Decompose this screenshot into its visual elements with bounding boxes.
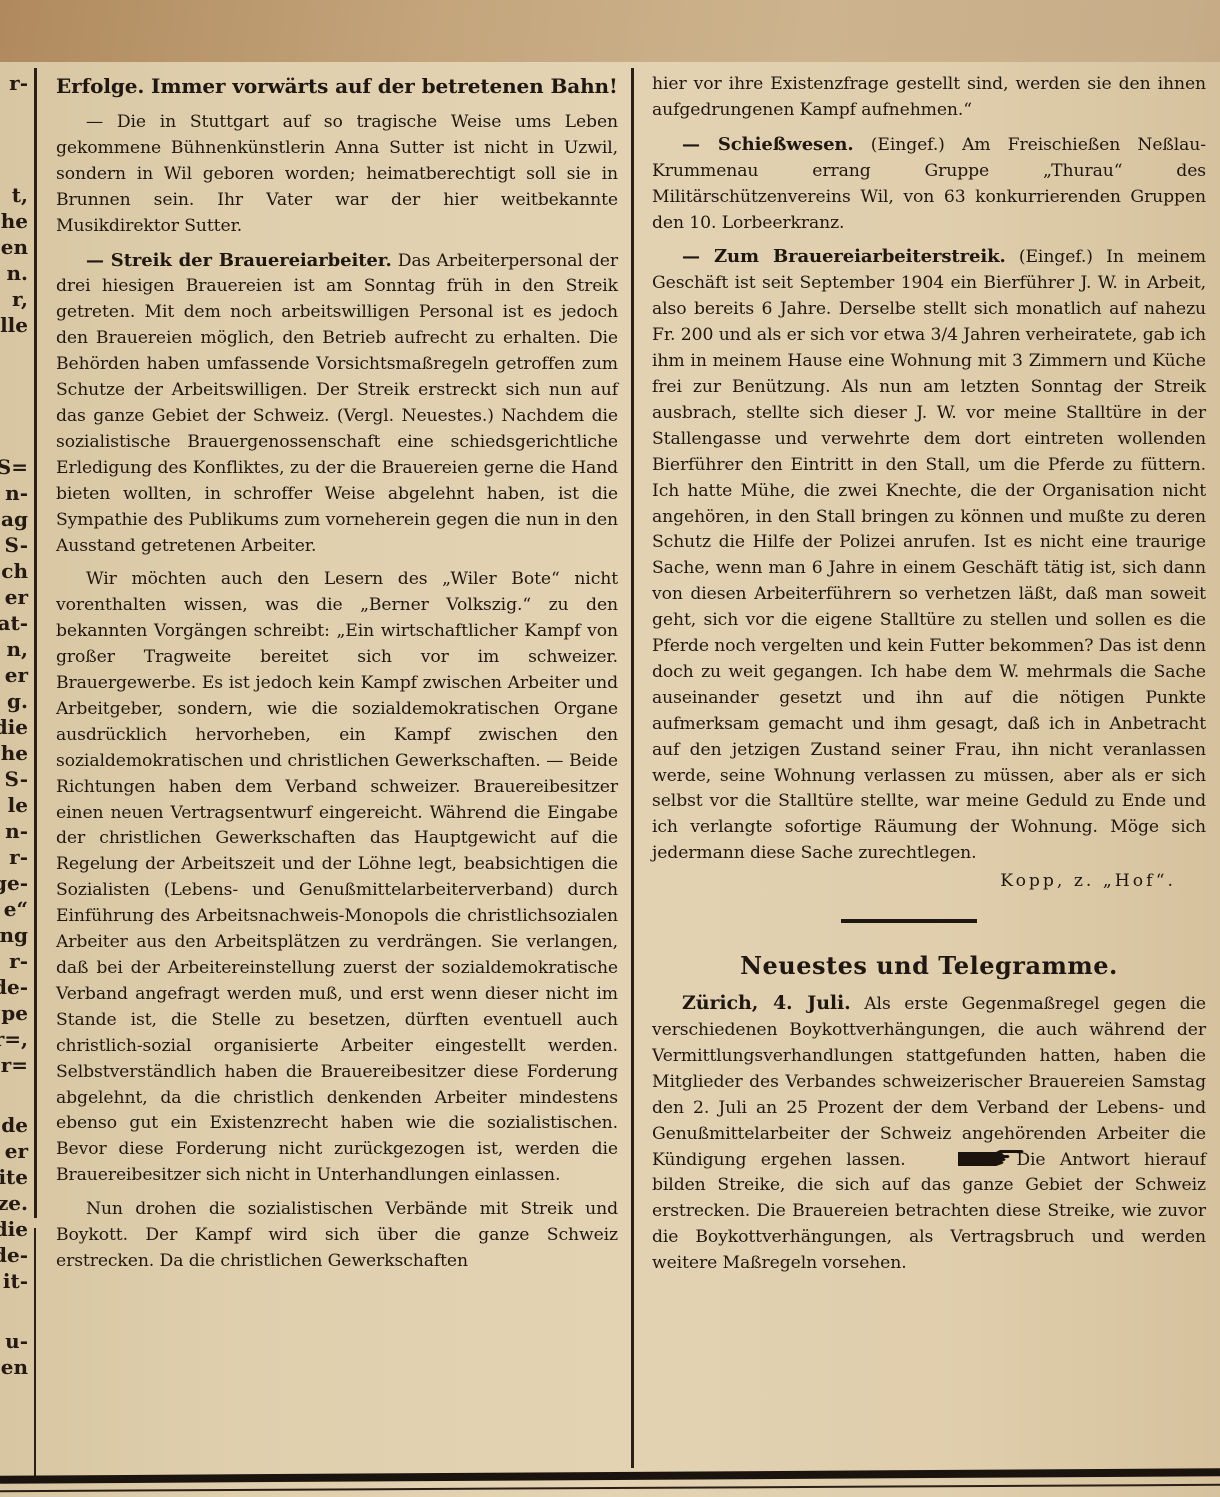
column-rule-left-lower — [34, 1228, 36, 1478]
cropped-text-fragment: de — [1, 1114, 28, 1136]
cropped-text-fragment: er — [5, 1140, 28, 1162]
cropped-text-fragment: g. — [7, 690, 28, 712]
lead-in-text: Erfolge. Immer vorwärts auf der betreten… — [56, 72, 618, 100]
article-body: Nun drohen die sozialistischen Verbände … — [56, 1199, 618, 1271]
continuation-text: hier vor ihre Existenzfrage gestellt sin… — [652, 72, 1206, 124]
telegram-zurich: Zürich, 4. Juli. Als erste Gegenmaßregel… — [652, 991, 1206, 1277]
cropped-text-fragment: en — [1, 1356, 28, 1378]
cropped-text-fragment: S- — [5, 534, 28, 556]
cropped-text-fragment: le — [8, 794, 28, 816]
article-body: Wir möchten auch den Lesern des „Wiler B… — [56, 569, 618, 1185]
section-title: Neuestes und Telegramme. — [652, 951, 1206, 981]
pointing-hand-icon — [926, 1149, 996, 1167]
submitted-tag: (Eingef.) — [1019, 247, 1093, 267]
column-rule-left — [34, 68, 37, 1218]
article-brewery-strike: — Streik der Brauereiarbeiter. Das Arbei… — [56, 248, 618, 560]
letter-signature: Kopp, z. „Hof“. — [652, 869, 1176, 895]
cropped-text-fragment: n- — [5, 820, 28, 842]
cropped-text-fragment: r- — [9, 846, 28, 868]
cropped-text-fragment: ge- — [0, 872, 28, 894]
cropped-text-fragment: he — [1, 210, 28, 232]
cropped-text-fragment: e“ — [4, 898, 28, 920]
cropped-text-fragment: lle — [0, 314, 28, 336]
cropped-text-fragment: de- — [0, 976, 28, 998]
article-shooting: — Schießwesen. (Eingef.) Am Freischießen… — [652, 132, 1206, 237]
cropped-text-fragment: er — [5, 586, 28, 608]
cropped-text-fragment: r- — [9, 72, 28, 94]
article-body: Das Arbeiterpersonal der drei hiesigen B… — [56, 251, 618, 556]
article-boycott-threat: Nun drohen die sozialistischen Verbände … — [56, 1197, 618, 1275]
cropped-text-fragment: n. — [6, 262, 28, 284]
cropped-text-fragment: de- — [0, 1244, 28, 1266]
article-headline: — Schießwesen. — [682, 134, 854, 155]
cropped-text-fragment: t, — [12, 184, 28, 206]
column-rule-middle — [631, 68, 634, 1468]
cropped-text-fragment: at- — [0, 612, 28, 634]
telegram-body-part1: Als erste Gegenmaßregel gegen die versch… — [652, 994, 1206, 1169]
cropped-text-fragment: er — [5, 664, 28, 686]
article-berner-volkszeitung-quote: Wir möchten auch den Lesern des „Wiler B… — [56, 567, 618, 1189]
cropped-text-fragment: ch — [1, 560, 28, 582]
cropped-text-fragment: S= — [0, 456, 28, 478]
article-headline: — Zum Brauereiarbeiterstreik. — [682, 246, 1006, 267]
cropped-text-fragment: ze. — [0, 1192, 28, 1214]
cropped-text-fragment: ng — [0, 924, 28, 946]
cropped-text-fragment: pe — [1, 1002, 28, 1024]
cropped-text-fragment: ite — [0, 1166, 28, 1188]
left-column: Erfolge. Immer vorwärts auf der betreten… — [56, 72, 618, 1283]
cropped-text-fragment: r= — [1, 1054, 28, 1076]
cropped-text-fragment: u- — [5, 1330, 28, 1352]
article-body: In meinem Geschäft ist seit September 19… — [652, 247, 1206, 863]
right-column: hier vor ihre Existenzfrage gestellt sin… — [652, 72, 1206, 1285]
section-divider — [841, 919, 977, 923]
cropped-text-fragment: die — [0, 1218, 28, 1240]
cropped-text-fragment: S- — [5, 768, 28, 790]
cropped-text-fragment: n- — [5, 482, 28, 504]
article-headline: — Streik der Brauereiarbeiter. — [86, 250, 392, 271]
dateline: Zürich, 4. Juli. — [682, 992, 851, 1014]
article-anna-sutter: — Die in Stuttgart auf so tragische Weis… — [56, 110, 618, 240]
cropped-text-fragment: r, — [12, 288, 28, 310]
cropped-text-fragment: he — [1, 742, 28, 764]
cropped-text-fragment: ag — [1, 508, 28, 530]
article-body: — Die in Stuttgart auf so tragische Weis… — [56, 112, 618, 236]
cropped-left-column: r-t,heenn.r,lleS=n-agS-cherat-n,erg.dieh… — [0, 62, 32, 1482]
cropped-text-fragment: en — [1, 236, 28, 258]
article-brewery-strike-letter: — Zum Brauereiarbeiterstreik. (Eingef.) … — [652, 244, 1206, 867]
cropped-text-fragment: n, — [6, 638, 28, 660]
cropped-text-fragment: it- — [3, 1270, 28, 1292]
submitted-tag: (Eingef.) — [871, 135, 945, 155]
cropped-text-fragment: die — [0, 716, 28, 738]
cropped-text-fragment: r- — [9, 950, 28, 972]
cropped-text-fragment: r=, — [0, 1028, 28, 1050]
